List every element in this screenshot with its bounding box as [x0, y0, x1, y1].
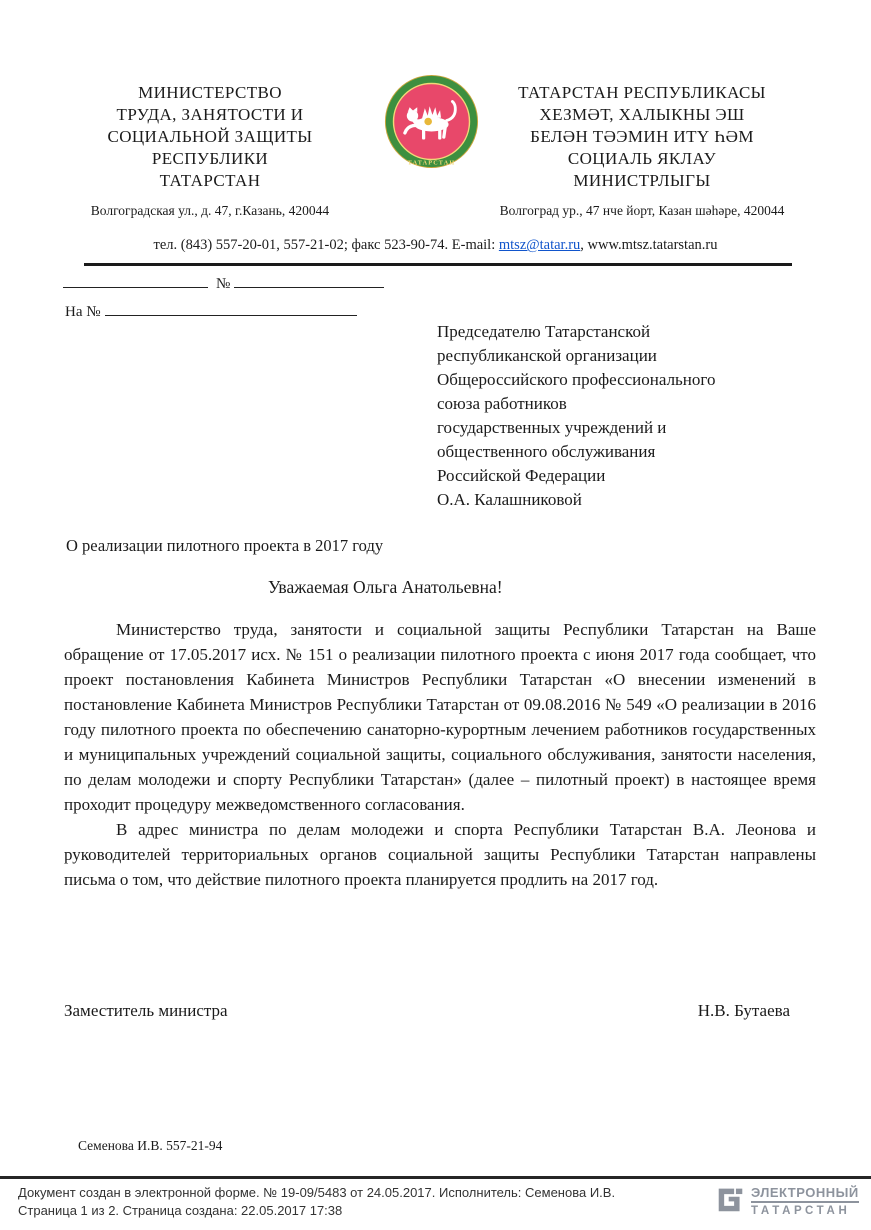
address-russian: Волгоградская ул., д. 47, г.Казань, 4200… — [60, 202, 360, 219]
org-ru-line: ТРУДА, ЗАНЯТОСТИ И — [60, 104, 360, 126]
logo-word-tatarstan: ТАТАРСТАН — [751, 1205, 859, 1217]
body-paragraph: В адрес министра по делам молодежи и спо… — [64, 817, 816, 892]
emblem-caption: ТАТАРСТАН — [408, 160, 456, 166]
logo-word-electronic: ЭЛЕКТРОННЫЙ — [751, 1185, 859, 1203]
tatarstan-coat-of-arms-icon: ТАТАРСТАН — [384, 74, 479, 169]
footer-page-info: Страница 1 из 2. Страница создана: 22.05… — [18, 1202, 615, 1220]
salutation: Уважаемая Ольга Анатольевна! — [268, 577, 503, 598]
signer-position: Заместитель министра — [64, 1001, 228, 1021]
org-tt-line: МИНИСТРЛЫГЫ — [466, 170, 818, 192]
org-tt-line: ТАТАРСТАН РЕСПУБЛИКАСЫ — [466, 82, 818, 104]
header-divider-rule — [84, 263, 792, 266]
org-ru-line: ТАТАРСТАН — [60, 170, 360, 192]
org-tt-line: ХЕЗМӘТ, ХАЛЫКНЫ ЭШ — [466, 104, 818, 126]
footer-divider-rule — [0, 1176, 871, 1179]
recipient-line: Общероссийского профессионального — [437, 368, 819, 392]
body-paragraph: Министерство труда, занятости и социальн… — [64, 617, 816, 817]
letter-body: Министерство труда, занятости и социальн… — [64, 617, 816, 892]
signer-name: Н.В. Бутаева — [698, 1001, 790, 1021]
recipient-line: союза работников — [437, 392, 819, 416]
footer-stamp: Документ создан в электронной форме. № 1… — [18, 1184, 615, 1220]
executor-contact: Семенова И.В. 557-21-94 — [78, 1138, 222, 1154]
recipient-line: Российской Федерации — [437, 464, 819, 488]
recipient-line: общественного обслуживания — [437, 440, 819, 464]
reply-number-blank-underline — [105, 300, 357, 316]
ministry-name-tatar: ТАТАРСТАН РЕСПУБЛИКАСЫ ХЕЗМӘТ, ХАЛЫКНЫ Э… — [466, 82, 818, 219]
org-ru-line: МИНИСТЕРСТВО — [60, 82, 360, 104]
recipient-line: государственных учреждений и — [437, 416, 819, 440]
footer-doc-info: Документ создан в электронной форме. № 1… — [18, 1184, 615, 1202]
electronic-tatarstan-icon — [716, 1185, 745, 1214]
electronic-tatarstan-wordmark: ЭЛЕКТРОННЫЙ ТАТАРСТАН — [751, 1185, 859, 1217]
subject-line: О реализации пилотного проекта в 2017 го… — [66, 536, 383, 556]
contact-phones: тел. (843) 557-20-01, 557-21-02; факс 52… — [154, 237, 499, 253]
org-tt-line: БЕЛӘН ТӘЭМИН ИТҮ ҺӘМ — [466, 126, 818, 148]
number-blank-underline — [234, 272, 384, 288]
electronic-tatarstan-logo: ЭЛЕКТРОННЫЙ ТАТАРСТАН — [716, 1185, 859, 1217]
address-tatar: Волгоград ур., 47 нче йорт, Казан шәһәре… — [466, 202, 818, 219]
emblem-svg: ТАТАРСТАН — [384, 74, 479, 169]
reply-to-number-line: На № — [65, 300, 357, 321]
recipient-block: Председателю Татарстанской республиканск… — [437, 320, 819, 512]
date-blank-underline — [63, 272, 208, 288]
contact-website: , www.mtsz.tatarstan.ru — [580, 237, 717, 253]
org-tt-line: СОЦИАЛЬ ЯКЛАУ — [466, 148, 818, 170]
recipient-line: республиканской организации — [437, 344, 819, 368]
email-link[interactable]: mtsz@tatar.ru — [499, 237, 580, 253]
org-ru-line: РЕСПУБЛИКИ — [60, 148, 360, 170]
letter-page: МИНИСТЕРСТВО ТРУДА, ЗАНЯТОСТИ И СОЦИАЛЬН… — [0, 0, 871, 1230]
signature-row: Заместитель министра Н.В. Бутаева — [64, 1001, 790, 1021]
ministry-name-russian: МИНИСТЕРСТВО ТРУДА, ЗАНЯТОСТИ И СОЦИАЛЬН… — [60, 82, 360, 219]
outgoing-number-line: № — [63, 272, 384, 293]
recipient-name: О.А. Калашниковой — [437, 488, 819, 512]
contact-line: тел. (843) 557-20-01, 557-21-02; факс 52… — [0, 237, 871, 254]
na-number-label: На № — [65, 304, 101, 320]
recipient-line: Председателю Татарстанской — [437, 320, 819, 344]
number-symbol: № — [216, 276, 230, 292]
org-ru-line: СОЦИАЛЬНОЙ ЗАЩИТЫ — [60, 126, 360, 148]
